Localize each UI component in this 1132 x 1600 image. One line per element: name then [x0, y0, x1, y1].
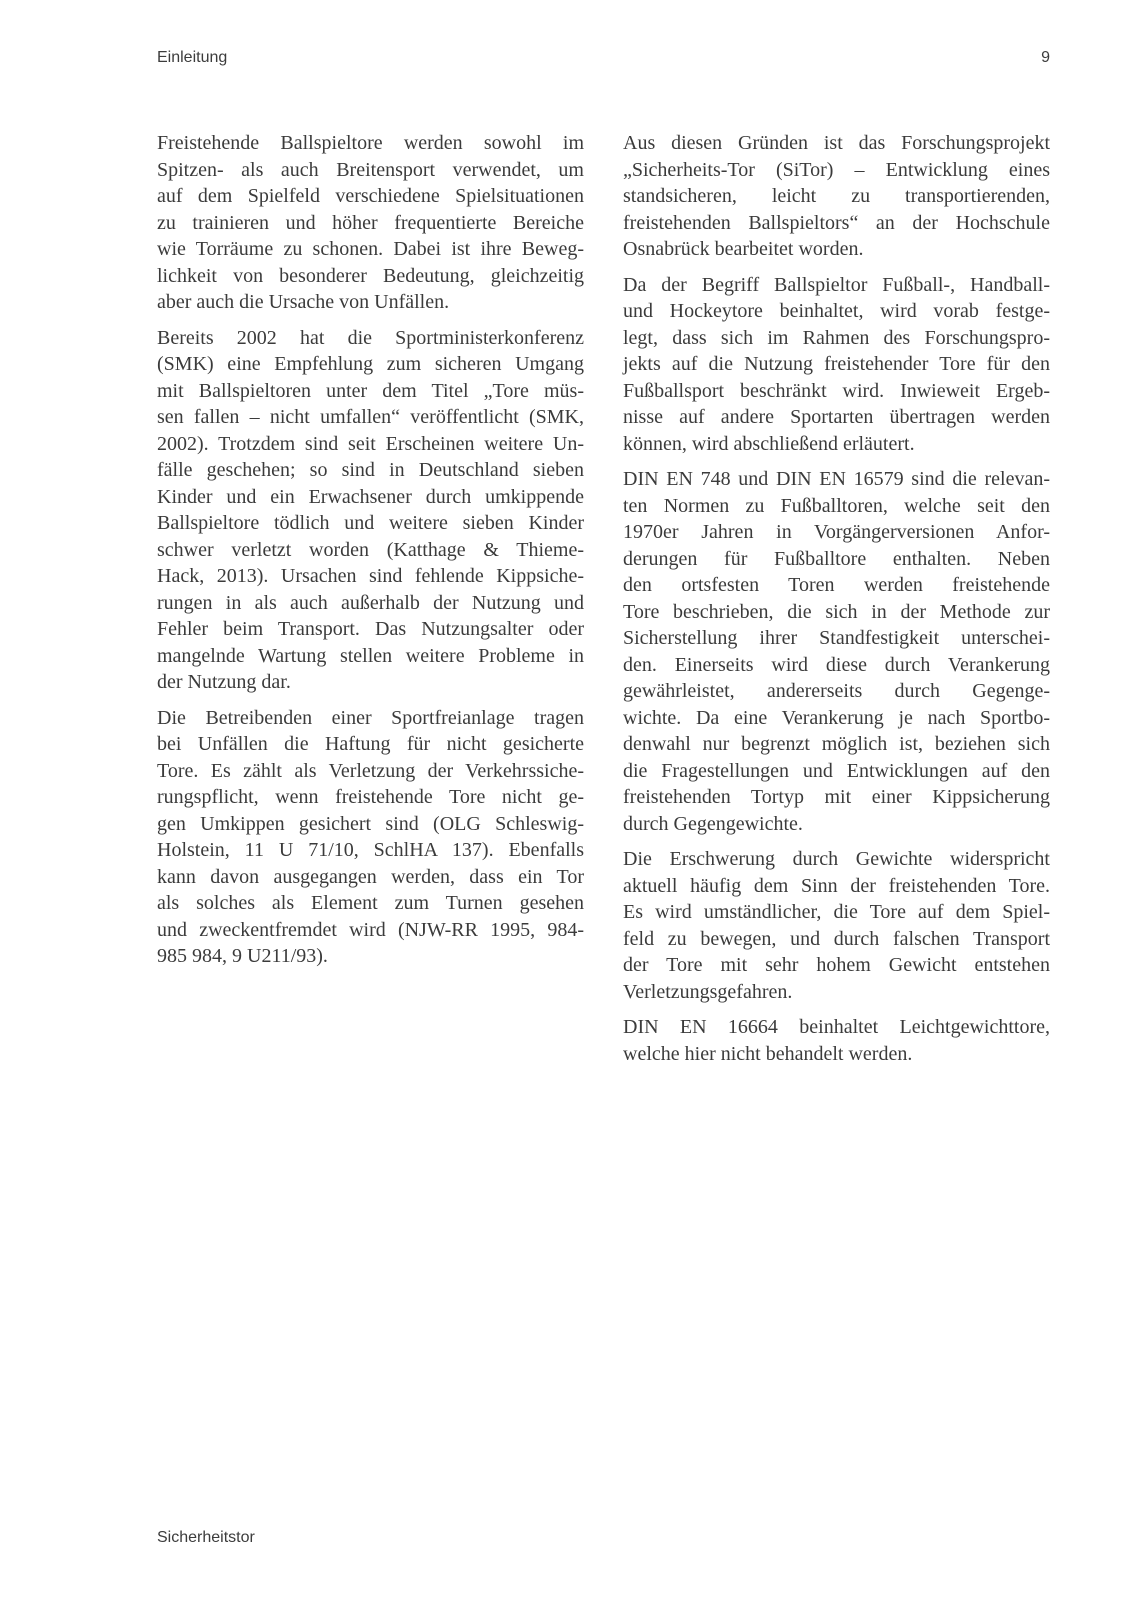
text-line: sen fallen – nicht umfallen“ veröffentli… — [157, 404, 584, 431]
footer-project-title: Sicherheitstor — [157, 1528, 255, 1548]
text-line: Verletzungsgefahren. — [623, 979, 1050, 1006]
text-line: nisse auf andere Sportarten übertragen w… — [623, 404, 1050, 431]
text-line: aktuell häufig dem Sinn der freistehende… — [623, 873, 1050, 900]
text-line: Hack, 2013). Ursachen sind fehlende Kipp… — [157, 563, 584, 590]
text-line: den ortsfesten Toren werden freistehende — [623, 572, 1050, 599]
text-line: Bereits 2002 hat die Sportministerkonfer… — [157, 325, 584, 352]
text-line: können, wird abschließend erläutert. — [623, 431, 1050, 458]
text-line: gewährleistet, andererseits durch Gegeng… — [623, 678, 1050, 705]
text-line: durch Gegengewichte. — [623, 811, 1050, 838]
text-line: der Nutzung dar. — [157, 669, 584, 696]
text-line: den. Einerseits wird diese durch Veranke… — [623, 652, 1050, 679]
paragraph: Freistehende Ballspieltore werden sowohl… — [157, 130, 584, 316]
text-line: Es wird umständlicher, die Tore auf dem … — [623, 899, 1050, 926]
text-line: denwahl nur begrenzt möglich ist, bezieh… — [623, 731, 1050, 758]
text-line: und zweckentfremdet wird (NJW-RR 1995, 9… — [157, 917, 584, 944]
document-page: Einleitung 9 Freistehende Ballspieltore … — [0, 0, 1132, 1600]
text-line: Fehler beim Transport. Das Nutzungsalter… — [157, 616, 584, 643]
text-line: und Hockeytore beinhaltet, wird vorab fe… — [623, 298, 1050, 325]
text-line: der Tore mit sehr hohem Gewicht entstehe… — [623, 952, 1050, 979]
text-line: bei Unfällen die Haftung für nicht gesic… — [157, 731, 584, 758]
text-line: Tore. Es zählt als Verletzung der Verkeh… — [157, 758, 584, 785]
text-line: schwer verletzt worden (Katthage & Thiem… — [157, 537, 584, 564]
text-line: die Fragestellungen und Entwicklungen au… — [623, 758, 1050, 785]
text-line: Aus diesen Gründen ist das Forschungspro… — [623, 130, 1050, 157]
text-line: fälle geschehen; so sind in Deutschland … — [157, 457, 584, 484]
text-line: Da der Begriff Ballspieltor Fußball-, Ha… — [623, 272, 1050, 299]
text-line: feld zu bewegen, und durch falschen Tran… — [623, 926, 1050, 953]
text-line: jekts auf die Nutzung freistehender Tore… — [623, 351, 1050, 378]
paragraph: Aus diesen Gründen ist das Forschungspro… — [623, 130, 1050, 263]
paragraph: Bereits 2002 hat die Sportministerkonfer… — [157, 325, 584, 696]
text-line: DIN EN 16664 beinhaltet Leichtgewichttor… — [623, 1014, 1050, 1041]
text-line: Fußballsport beschränkt wird. Inwieweit … — [623, 378, 1050, 405]
paragraph: Die Betreibenden einer Sportfreianlage t… — [157, 705, 584, 970]
text-line: als solches als Element zum Turnen geseh… — [157, 890, 584, 917]
text-columns: Freistehende Ballspieltore werden sowohl… — [157, 130, 1050, 1067]
text-line: rungspflicht, wenn freistehende Tore nic… — [157, 784, 584, 811]
text-line: auf dem Spielfeld verschiedene Spielsitu… — [157, 183, 584, 210]
text-line: ten Normen zu Fußballtoren, welche seit … — [623, 493, 1050, 520]
text-line: Sicherstellung ihrer Standfestigkeit unt… — [623, 625, 1050, 652]
text-line: DIN EN 748 und DIN EN 16579 sind die rel… — [623, 466, 1050, 493]
text-line: Freistehende Ballspieltore werden sowohl… — [157, 130, 584, 157]
text-line: welche hier nicht behandelt werden. — [623, 1041, 1050, 1068]
text-line: aber auch die Ursache von Unfällen. — [157, 289, 584, 316]
text-line: Ballspieltore tödlich und weitere sieben… — [157, 510, 584, 537]
text-line: Osnabrück bearbeitet worden. — [623, 236, 1050, 263]
text-line: wichte. Da eine Verankerung je nach Spor… — [623, 705, 1050, 732]
text-line: mit Ballspieltoren unter dem Titel „Tore… — [157, 378, 584, 405]
text-line: zu trainieren und höher frequentierte Be… — [157, 210, 584, 237]
text-line: kann davon ausgegangen werden, dass ein … — [157, 864, 584, 891]
text-line: lichkeit von besonderer Bedeutung, gleic… — [157, 263, 584, 290]
text-line: mangelnde Wartung stellen weitere Proble… — [157, 643, 584, 670]
paragraph: Da der Begriff Ballspieltor Fußball-, Ha… — [623, 272, 1050, 458]
text-line: 985 984, 9 U211/93). — [157, 943, 584, 970]
text-line: legt, dass sich im Rahmen des Forschungs… — [623, 325, 1050, 352]
text-line: 1970er Jahren in Vorgängerversionen Anfo… — [623, 519, 1050, 546]
text-line: freistehenden Ballspieltors“ an der Hoch… — [623, 210, 1050, 237]
text-line: Spitzen- als auch Breitensport verwendet… — [157, 157, 584, 184]
text-line: 2002). Trotzdem sind seit Erscheinen wei… — [157, 431, 584, 458]
text-line: Die Betreibenden einer Sportfreianlage t… — [157, 705, 584, 732]
text-line: gen Umkippen gesichert sind (OLG Schlesw… — [157, 811, 584, 838]
running-header: Einleitung 9 — [157, 48, 1050, 68]
paragraph: DIN EN 16664 beinhaltet Leichtgewichttor… — [623, 1014, 1050, 1067]
right-column: Aus diesen Gründen ist das Forschungspro… — [623, 130, 1050, 1067]
header-section-label: Einleitung — [157, 48, 227, 68]
paragraph: Die Erschwerung durch Gewichte widerspri… — [623, 846, 1050, 1005]
text-line: freistehenden Tortyp mit einer Kippsiche… — [623, 784, 1050, 811]
left-column: Freistehende Ballspieltore werden sowohl… — [157, 130, 584, 1067]
text-line: derungen für Fußballtore enthalten. Nebe… — [623, 546, 1050, 573]
text-line: Die Erschwerung durch Gewichte widerspri… — [623, 846, 1050, 873]
text-line: wie Torräume zu schonen. Dabei ist ihre … — [157, 236, 584, 263]
text-line: „Sicherheits-Tor (SiTor) – Entwicklung e… — [623, 157, 1050, 184]
text-line: Kinder und ein Erwachsener durch umkippe… — [157, 484, 584, 511]
text-line: standsicheren, leicht zu transportierend… — [623, 183, 1050, 210]
text-line: (SMK) eine Empfehlung zum sicheren Umgan… — [157, 351, 584, 378]
page-number: 9 — [1041, 48, 1050, 68]
text-line: rungen in als auch außerhalb der Nutzung… — [157, 590, 584, 617]
text-line: Tore beschrieben, die sich in der Method… — [623, 599, 1050, 626]
text-line: Holstein, 11 U 71/10, SchlHA 137). Ebenf… — [157, 837, 584, 864]
paragraph: DIN EN 748 und DIN EN 16579 sind die rel… — [623, 466, 1050, 837]
